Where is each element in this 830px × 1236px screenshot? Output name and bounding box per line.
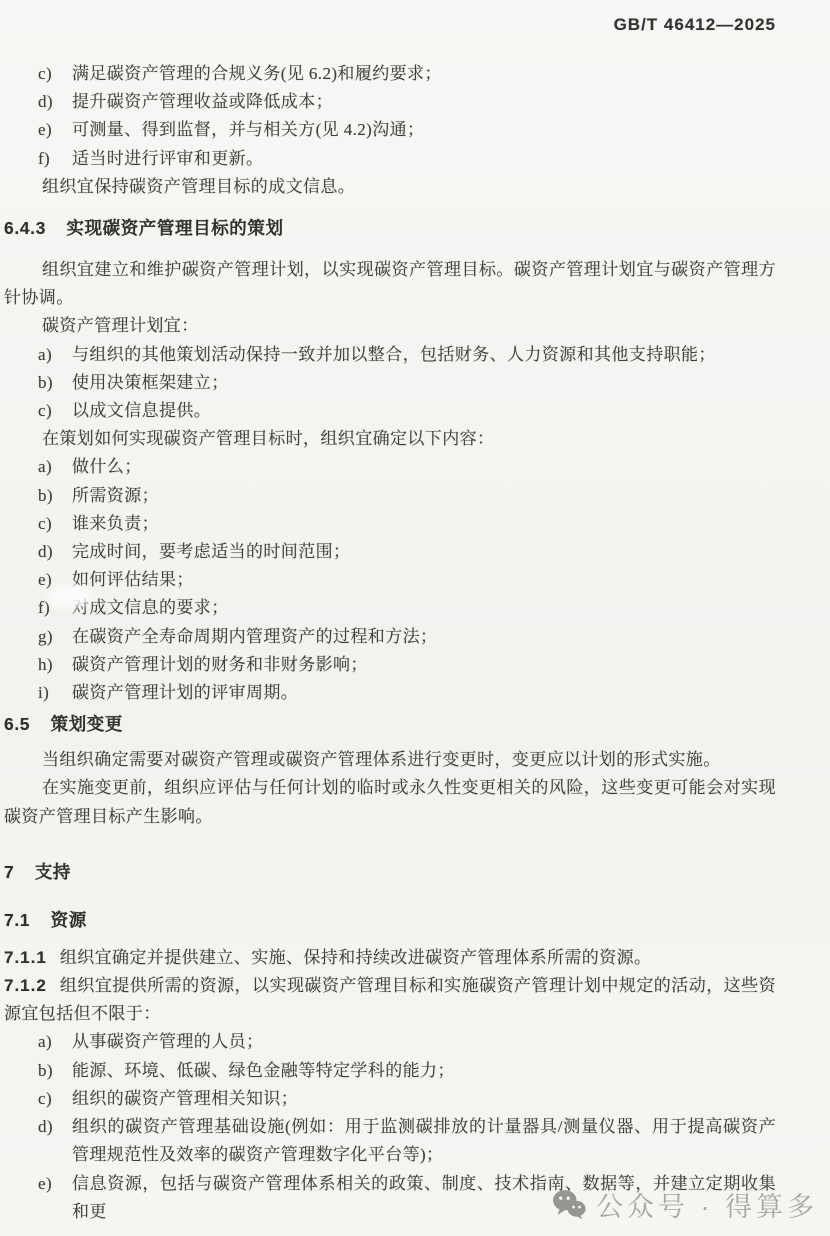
list-item: c) 满足碳资产管理的合规义务(见 6.2)和履约要求；	[4, 60, 776, 88]
section-number: 7	[4, 862, 14, 882]
list-item-marker: d)	[38, 538, 53, 566]
list-item: a) 做什么；	[4, 453, 776, 481]
list-item-marker: a)	[38, 341, 52, 369]
list-item: c) 谁来负责；	[4, 510, 776, 538]
list-item-marker: h)	[38, 651, 53, 679]
section-heading-6-5: 6.5 策划变更	[4, 711, 776, 737]
list-item: a) 从事碳资产管理的人员；	[4, 1028, 776, 1056]
clause-7-1-1: 7.1.1组织宜确定并提供建立、实施、保持和持续改进碳资产管理体系所需的资源。	[4, 944, 776, 972]
list-item: f) 对成文信息的要求；	[4, 594, 776, 622]
clause-number: 7.1.1	[4, 948, 47, 967]
section-heading-6-4-3: 6.4.3 实现碳资产管理目标的策划	[4, 215, 776, 241]
list-item: e) 可测量、得到监督，并与相关方(见 4.2)沟通；	[4, 116, 776, 144]
list-item: i) 碳资产管理计划的评审周期。	[4, 679, 776, 707]
section-heading-7-1: 7.1 资源	[4, 907, 776, 933]
list-item: c) 以成文信息提供。	[4, 397, 776, 425]
section-number: 6.5	[4, 714, 30, 734]
list-item-text: 组织的碳资产管理基础设施(例如：用于监测碳排放的计量器具/测量仪器、用于提高碳资…	[72, 1117, 776, 1164]
list-item-marker: b)	[38, 369, 53, 397]
list-item: e) 如何评估结果；	[4, 566, 776, 594]
list-item-marker: e)	[38, 1170, 52, 1198]
list-item-marker: a)	[38, 1028, 52, 1056]
list-item-marker: c)	[38, 397, 52, 425]
list-item: c) 组织的碳资产管理相关知识；	[4, 1085, 776, 1113]
list-item-text: 碳资产管理计划的评审周期。	[72, 683, 298, 702]
list-item-text: 能源、环境、低碳、绿色金融等特定学科的能力；	[72, 1061, 455, 1080]
list-item: d) 完成时间，要考虑适当的时间范围；	[4, 538, 776, 566]
section-number: 6.4.3	[4, 218, 46, 238]
standard-number-header: GB/T 46412—2025	[4, 14, 776, 36]
section-title: 策划变更	[51, 714, 123, 734]
list-item: h) 碳资产管理计划的财务和非财务影响；	[4, 651, 776, 679]
scan-smudge-artifact	[48, 585, 92, 608]
clause-7-1-2: 7.1.2组织宜提供所需的资源，以实现碳资产管理目标和实施碳资产管理计划中规定的…	[4, 972, 776, 1028]
plan-list: a) 与组织的其他策划活动保持一致并加以整合，包括财务、人力资源和其他支持职能；…	[4, 341, 776, 426]
list-item: d) 提升碳资产管理收益或降低成本；	[4, 88, 776, 116]
list-item-text: 如何评估结果；	[72, 570, 194, 589]
clause-number: 7.1.2	[4, 976, 47, 995]
list-item-marker: e)	[38, 116, 52, 144]
list-item: f) 适当时进行评审和更新。	[4, 145, 776, 173]
list-item-text: 在碳资产全寿命周期内管理资产的过程和方法；	[72, 627, 437, 646]
document-page: GB/T 46412—2025 c) 满足碳资产管理的合规义务(见 6.2)和履…	[0, 0, 830, 1236]
list-item-marker: g)	[38, 623, 53, 651]
list-item-text: 所需资源；	[72, 486, 159, 505]
list-item-text: 以成文信息提供。	[72, 401, 211, 420]
paragraph: 在策划如何实现碳资产管理目标时，组织宜确定以下内容：	[4, 425, 776, 453]
watermark: 公众号 · 得算多	[552, 1185, 818, 1224]
list-item-marker: i)	[38, 679, 49, 707]
watermark-text: 公众号 · 得算多	[596, 1185, 818, 1224]
list-item-text: 对成文信息的要求；	[72, 598, 229, 617]
clause-text: 组织宜确定并提供建立、实施、保持和持续改进碳资产管理体系所需的资源。	[60, 948, 652, 967]
list-item-text: 完成时间，要考虑适当的时间范围；	[72, 542, 350, 561]
list-item-text: 满足碳资产管理的合规义务(见 6.2)和履约要求；	[72, 64, 442, 83]
paragraph: 碳资产管理计划宜：	[4, 312, 776, 340]
list-item: b) 所需资源；	[4, 482, 776, 510]
wechat-icon	[552, 1189, 586, 1220]
list-item-marker: f)	[38, 145, 50, 173]
list-item-marker: d)	[38, 1113, 53, 1141]
paragraph: 组织宜保持碳资产管理目标的成文信息。	[4, 173, 776, 201]
section-title: 实现碳资产管理目标的策划	[66, 218, 283, 238]
paragraph: 当组织确定需要对碳资产管理或碳资产管理体系进行变更时，变更应以计划的形式实施。	[4, 746, 776, 774]
list-item: d) 组织的碳资产管理基础设施(例如：用于监测碳排放的计量器具/测量仪器、用于提…	[4, 1113, 776, 1169]
section-title: 支持	[35, 862, 71, 882]
list-item-text: 适当时进行评审和更新。	[72, 149, 263, 168]
list-item-marker: b)	[38, 482, 53, 510]
list-item-text: 谁来负责；	[72, 514, 159, 533]
list-item: b) 能源、环境、低碳、绿色金融等特定学科的能力；	[4, 1057, 776, 1085]
clause-text: 组织宜提供所需的资源，以实现碳资产管理目标和实施碳资产管理计划中规定的活动，这些…	[4, 976, 776, 1023]
planning-content-list: a) 做什么； b) 所需资源； c) 谁来负责； d) 完成时间，要考虑适当的…	[4, 453, 776, 707]
section-heading-7: 7 支持	[4, 859, 776, 885]
list-item-marker: d)	[38, 88, 53, 116]
page-content: GB/T 46412—2025 c) 满足碳资产管理的合规义务(见 6.2)和履…	[4, 0, 776, 1226]
list-item-text: 使用决策框架建立；	[72, 373, 229, 392]
section-title: 资源	[51, 910, 87, 930]
list-item-text: 碳资产管理计划的财务和非财务影响；	[72, 655, 368, 674]
paragraph: 组织宜建立和维护碳资产管理计划，以实现碳资产管理目标。碳资产管理计划宜与碳资产管…	[4, 256, 776, 312]
list-item-marker: c)	[38, 1085, 52, 1113]
list-item-marker: c)	[38, 60, 52, 88]
list-item: b) 使用决策框架建立；	[4, 369, 776, 397]
list-item-text: 提升碳资产管理收益或降低成本；	[72, 92, 333, 111]
list-item-marker: a)	[38, 453, 52, 481]
list-item-marker: b)	[38, 1057, 53, 1085]
list-item: g) 在碳资产全寿命周期内管理资产的过程和方法；	[4, 623, 776, 651]
list-item-marker: c)	[38, 510, 52, 538]
objectives-list: c) 满足碳资产管理的合规义务(见 6.2)和履约要求； d) 提升碳资产管理收…	[4, 60, 776, 201]
paragraph: 在实施变更前，组织应评估与任何计划的临时或永久性变更相关的风险，这些变更可能会对…	[4, 774, 776, 830]
section-number: 7.1	[4, 910, 30, 930]
list-item-text: 可测量、得到监督，并与相关方(见 4.2)沟通；	[72, 120, 424, 139]
list-item-text: 从事碳资产管理的人员；	[72, 1032, 263, 1051]
list-item-text: 组织的碳资产管理相关知识；	[72, 1089, 298, 1108]
list-item-text: 做什么；	[72, 457, 142, 476]
list-item-text: 与组织的其他策划活动保持一致并加以整合，包括财务、人力资源和其他支持职能；	[72, 345, 716, 364]
list-item: a) 与组织的其他策划活动保持一致并加以整合，包括财务、人力资源和其他支持职能；	[4, 341, 776, 369]
